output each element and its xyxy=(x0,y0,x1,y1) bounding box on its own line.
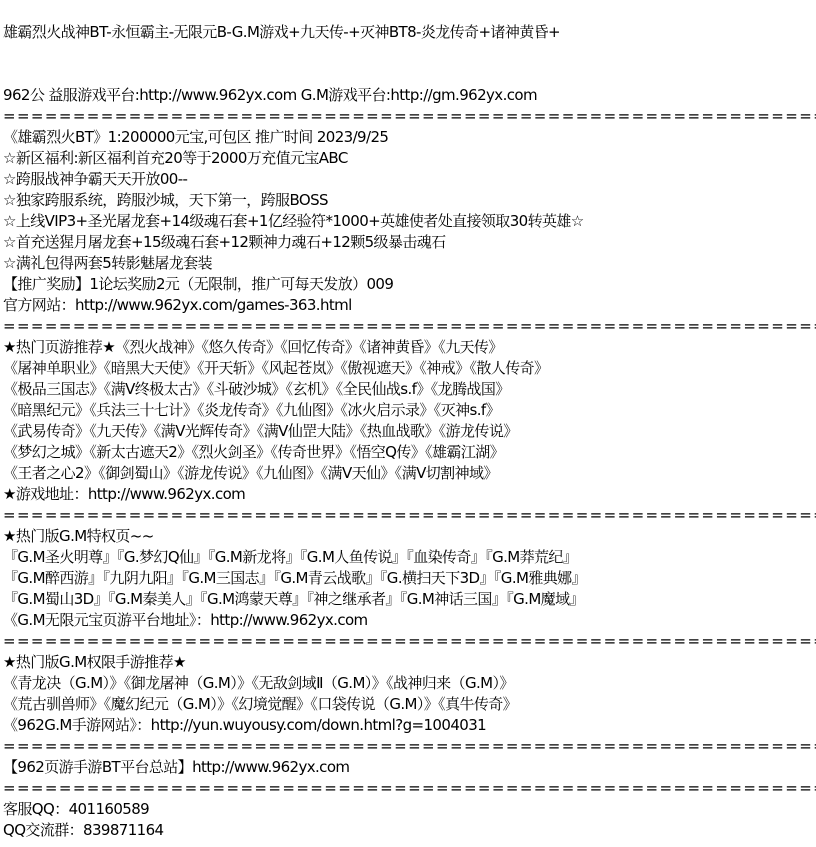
gm-privilege-line: 『G.M圣火明尊』『G.梦幻Q仙』『G.M新龙将』『G.M人鱼传说』『血染传奇』… xyxy=(3,547,816,568)
feature-line: ☆独家跨服系统，跨服沙城，天下第一，跨服BOSS xyxy=(3,190,816,211)
support-qq: 客服QQ：401160589 xyxy=(3,799,816,820)
gm-mobile-address: 《962G.M手游网站》：http://yun.wuyousy.com/down… xyxy=(3,715,816,736)
hot-games-line: 《极品三国志》《满V终极太古》《斗破沙城》《玄机》《全民仙战s.f》《龙腾战国》 xyxy=(3,379,816,400)
hot-games-line: 《屠神单职业》《暗黑大天使》《开天斩》《风起苍岚》《傲视遮天》《神戒》《散人传奇… xyxy=(3,358,816,379)
separator: ========================================… xyxy=(3,106,816,127)
feature-line: ☆跨服战神争霸天天开放00-- xyxy=(3,169,816,190)
hot-games-line: 《武易传奇》《九天传》《满V光辉传奇》《满V仙罡大陆》《热血战歌》《游龙传说》 xyxy=(3,421,816,442)
separator: ========================================… xyxy=(3,631,816,652)
separator: ========================================… xyxy=(3,736,816,757)
document-body: 962公 益服游戏平台:http://www.962yx.com G.M游戏平台… xyxy=(3,85,816,841)
feature-line: ☆新区福利:新区福利首充20等于2000万充值元宝ABC xyxy=(3,148,816,169)
main-site: 【962页游手游BT平台总站】http://www.962yx.com xyxy=(3,757,816,778)
feature-line: ☆上线VIP3+圣光屠龙套+14级魂石套+1亿经验符*1000+英雄使者处直接领… xyxy=(3,211,816,232)
document-title: 雄霸烈火战神BT-永恒霸主-无限元B-G.M游戏+九天传-+灭神BT8-炎龙传奇… xyxy=(3,22,560,43)
gm-privilege-heading: ★热门版G.M特权页~~ xyxy=(3,526,816,547)
gm-mobile-heading: ★热门版G.M权限手游推荐★ xyxy=(3,652,816,673)
promo-headline: 《雄霸烈火BT》1:200000元宝,可包区 推广时间 2023/9/25 xyxy=(3,127,816,148)
gm-privilege-address: 《G.M无限元宝页游平台地址》：http://www.962yx.com xyxy=(3,610,816,631)
separator: ========================================… xyxy=(3,778,816,799)
gm-mobile-line: 《荒古驯兽师》《魔幻纪元（G.M）》《幻境觉醒》《口袋传说（G.M）》《真牛传奇… xyxy=(3,694,816,715)
feature-line: ☆首充送猩月屠龙套+15级魂石套+12颗神力魂石+12颗5级暴击魂石 xyxy=(3,232,816,253)
official-site: 官方网站：http://www.962yx.com/games-363.html xyxy=(3,295,816,316)
hot-games-line: 《暗黑纪元》《兵法三十七计》《炎龙传奇》《九仙图》《冰火启示录》《灭神s.f》 xyxy=(3,400,816,421)
qq-group: QQ交流群：839871164 xyxy=(3,820,816,841)
gm-privilege-line: 『G.M蜀山3D』『G.M秦美人』『G.M鸿蒙天尊』『神之继承者』『G.M神话三… xyxy=(3,589,816,610)
promo-reward: 【推广奖励】1论坛奖励2元（无限制，推广可每天发放）009 xyxy=(3,274,816,295)
hot-games-line: 《王者之心2》《御剑蜀山》《游龙传说》《九仙图》《满V天仙》《满V切割神域》 xyxy=(3,463,816,484)
hot-games-line: 《梦幻之城》《新太古遮天2》《烈火剑圣》《传奇世界》《悟空Q传》《雄霸江湖》 xyxy=(3,442,816,463)
separator: ========================================… xyxy=(3,316,816,337)
platform-links: 962公 益服游戏平台:http://www.962yx.com G.M游戏平台… xyxy=(3,85,816,106)
separator: ========================================… xyxy=(3,505,816,526)
game-address: ★游戏地址：http://www.962yx.com xyxy=(3,484,816,505)
gm-privilege-line: 『G.M醉西游』『九阴九阳』『G.M三国志』『G.M青云战歌』『G.横扫天下3D… xyxy=(3,568,816,589)
feature-line: ☆满礼包得两套5转影魅屠龙套装 xyxy=(3,253,816,274)
hot-games-line: ★热门页游推荐★《烈火战神》《悠久传奇》《回忆传奇》《诸神黄昏》《九天传》 xyxy=(3,337,816,358)
gm-mobile-line: 《青龙决（G.M）》《御龙屠神（G.M）》《无敌剑域Ⅱ（G.M）》《战神归来（G… xyxy=(3,673,816,694)
